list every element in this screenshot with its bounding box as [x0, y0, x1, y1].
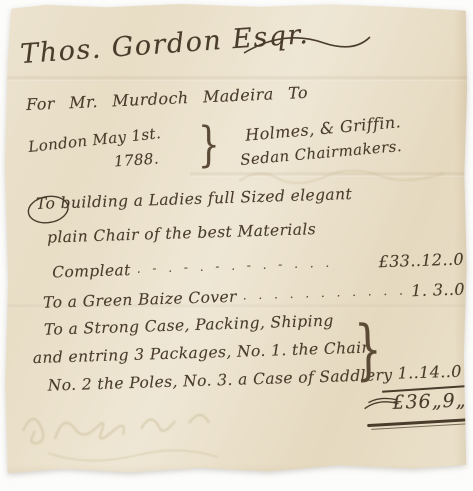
- pound-flourish: [362, 394, 403, 415]
- line-amount: 1. 3..0: [411, 280, 465, 301]
- line-description: To a Green Baize Cover: [43, 288, 237, 312]
- line-amount: £33..12..0: [378, 250, 464, 272]
- paper-shadow-wrap: Thos. Gordon Esqr. For Mr. Murdoch Madei…: [0, 0, 473, 491]
- scanned-document: Thos. Gordon Esqr. For Mr. Murdoch Madei…: [0, 0, 473, 491]
- invoice-body: To building a Ladies full Sized elegant …: [0, 0, 473, 481]
- invoice-line: Compleat . - . - . - . - . - . . . £33..…: [52, 250, 464, 282]
- line-description: Compleat: [52, 261, 131, 281]
- invoice-line: To a Green Baize Cover . . . . . . . . .…: [43, 280, 465, 312]
- invoice-line: To a Strong Case, Packing, Shiping: [44, 312, 334, 339]
- dot-leader: . . . . . . . . . . ..: [243, 283, 406, 302]
- total-amount: £36„9„0: [392, 389, 473, 414]
- invoice-line: plain Chair of the best Materials: [47, 220, 317, 246]
- invoice-line: No. 2 the Poles, No. 3. a Case of Saddle…: [47, 366, 392, 395]
- manuscript-paper: Thos. Gordon Esqr. For Mr. Murdoch Madei…: [4, 3, 468, 480]
- group-brace: }: [354, 311, 383, 388]
- invoice-line: To building a Ladies full Sized elegant: [36, 185, 353, 213]
- group-amount: 1..14..0: [397, 362, 462, 383]
- dot-leader: . - . - . - . - . - . . .: [137, 254, 373, 275]
- invoice-line: and entring 3 Packages, No. 1. the Chair: [33, 339, 370, 368]
